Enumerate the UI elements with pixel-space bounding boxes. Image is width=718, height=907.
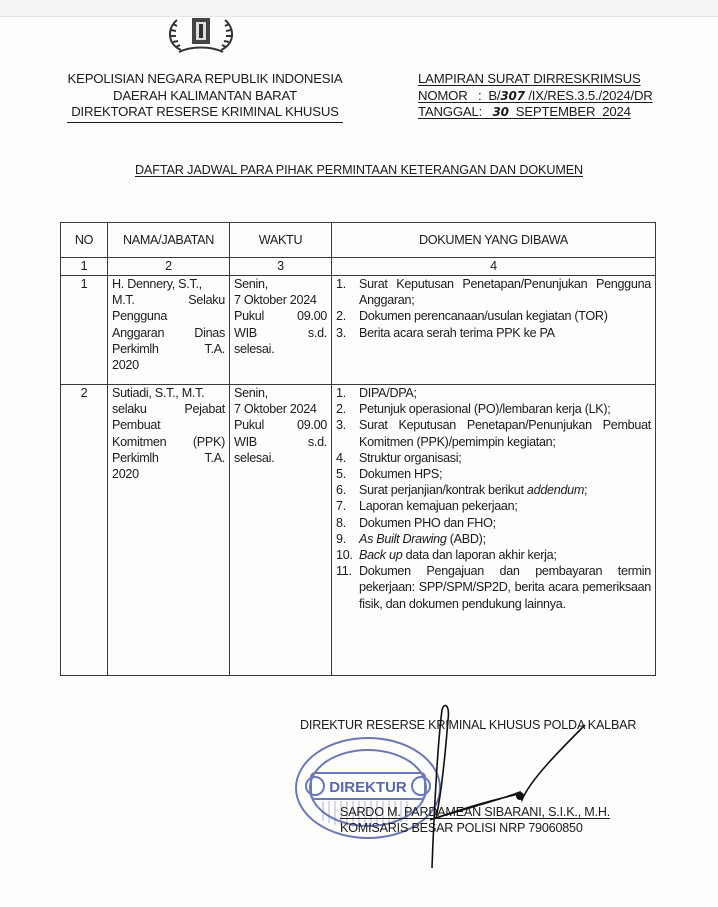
cell-no: 1 [61,276,108,385]
document-item: 4.Struktur organisasi; [336,450,651,466]
document-title: DAFTAR JADWAL PARA PIHAK PERMINTAAN KETE… [0,163,718,177]
document-item: 6.Surat perjanjian/kontrak berikut adden… [336,482,651,498]
cell-dokumen: 1.DIPA/DPA;2.Petunjuk operasional (PO)/l… [332,385,656,676]
document-item: 2.Dokumen perencanaan/usulan kegiatan (T… [336,308,651,324]
cell-waktu: Senin,7 Oktober 2024Pukul09.00WIBs.d.sel… [230,385,332,676]
top-band [0,0,718,17]
document-item: 3.Surat Keputusan Penetapan/Penunjukan P… [336,417,651,449]
table-row: 1H. Dennery, S.T.,M.T.SelakuPenggunaAngg… [61,276,656,385]
table-header-row: NO NAMA/JABATAN WAKTU DOKUMEN YANG DIBAW… [61,223,656,258]
document-item: 7.Laporan kemajuan pekerjaan; [336,498,651,514]
table-row: 2Sutiadi, S.T., M.T.selakuPejabatPembuat… [61,385,656,676]
column-number-row: 1 2 3 4 [61,258,656,276]
schedule-table: NO NAMA/JABATAN WAKTU DOKUMEN YANG DIBAW… [60,222,656,676]
header-no: NO [61,223,108,258]
document-item: 11.Dokumen Pengajuan dan pembayaran term… [336,563,651,612]
document-item: 9.As Built Drawing (ABD); [336,531,651,547]
header-nama: NAMA/JABATAN [108,223,230,258]
document-item: 10.Back up data dan laporan akhir kerja; [336,547,651,563]
org-line-2: DAERAH KALIMANTAN BARAT [60,88,350,105]
cell-nama-jabatan: H. Dennery, S.T.,M.T.SelakuPenggunaAngga… [108,276,230,385]
reference-title: LAMPIRAN SURAT DIRRESKRIMSUS [418,71,653,88]
cell-nama-jabatan: Sutiadi, S.T., M.T.selakuPejabatPembuatK… [108,385,230,676]
cell-dokumen: 1.Surat Keputusan Penetapan/Penunjukan P… [332,276,656,385]
handwritten-number: 307 [500,89,524,103]
header-waktu: WAKTU [230,223,332,258]
letter-reference: LAMPIRAN SURAT DIRRESKRIMSUS NOMOR : B/3… [418,71,653,121]
document-item: 2.Petunjuk operasional (PO)/lembaran ker… [336,401,651,417]
org-line-1: KEPOLISIAN NEGARA REPUBLIK INDONESIA [60,71,350,88]
cell-no: 2 [61,385,108,676]
document-item: 1.DIPA/DPA; [336,385,651,401]
handwritten-signature [370,700,600,870]
police-emblem-icon [163,14,239,56]
reference-date: TANGGAL: 30 SEPTEMBER 2024 [418,104,653,121]
header-dokumen: DOKUMEN YANG DIBAWA [332,223,656,258]
cell-waktu: Senin,7 Oktober 2024Pukul09.00WIBs.d.sel… [230,276,332,385]
handwritten-day: 30 [493,105,509,119]
reference-number: NOMOR : B/307 /IX/RES.3.5./2024/DR [418,88,653,105]
document-item: 5.Dokumen HPS; [336,466,651,482]
document-item: 8.Dokumen PHO dan FHO; [336,515,651,531]
letterhead-org: KEPOLISIAN NEGARA REPUBLIK INDONESIA DAE… [60,71,350,123]
document-item: 3.Berita acara serah terima PPK ke PA [336,325,651,341]
org-line-3: DIREKTORAT RESERSE KRIMINAL KHUSUS [67,104,343,123]
document-item: 1.Surat Keputusan Penetapan/Penunjukan P… [336,276,651,308]
